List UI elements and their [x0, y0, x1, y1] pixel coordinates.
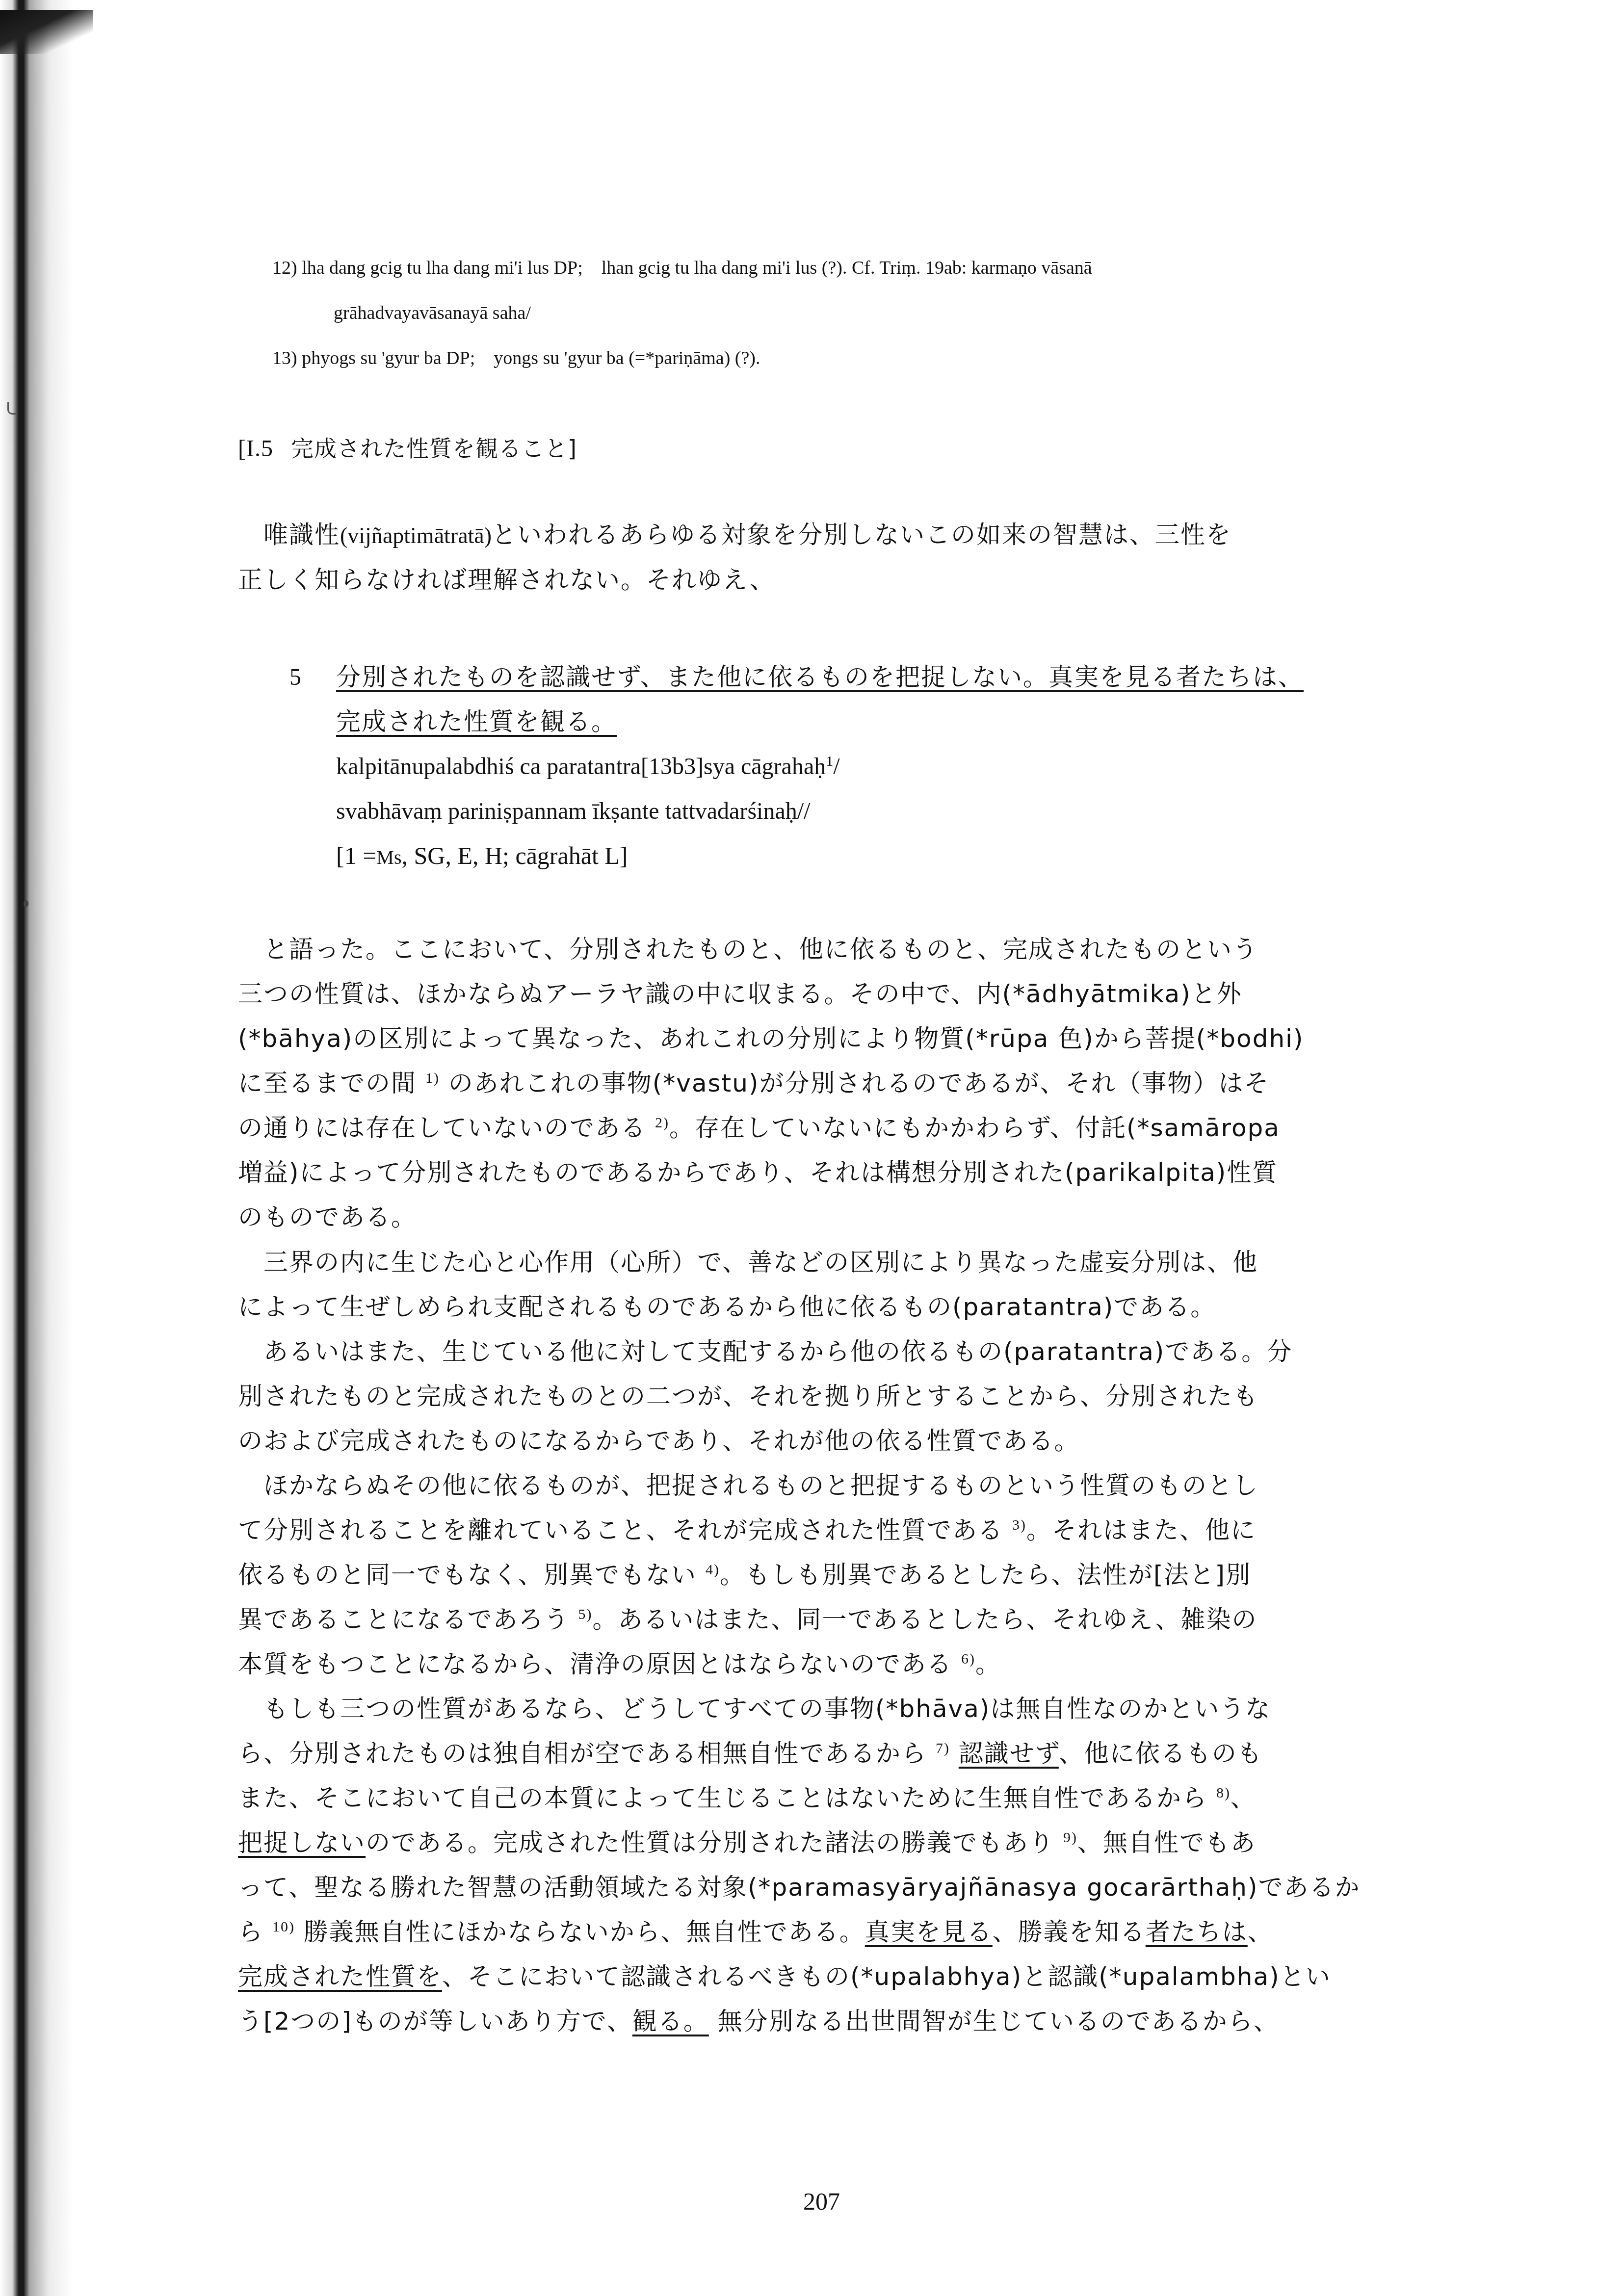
footnote-12: 12) lha dang gcig tu lha dang mi'i lus D… — [272, 245, 1450, 290]
section-title: 完成された性質を観ること] — [291, 435, 577, 462]
section-number: [I.5 — [238, 436, 273, 462]
body-paragraph-4: ほかならぬその他に依るものが、把捉されるものと把捉するものという性質のものとし … — [238, 1463, 1450, 1687]
section-heading: [I.5完成された性質を観ること] — [238, 431, 577, 463]
verse-5: 5 分別されたものを認識せず、また他に依るものを把捉しない。真実を見る者たちは、… — [289, 655, 1457, 880]
body-paragraph-5: もしも三つの性質があるなら、どうしてすべての事物(*bhāva)は無自性なのかと… — [238, 1687, 1450, 2044]
scan-mark — [7, 402, 16, 415]
scan-edge-shadow — [0, 0, 74, 2296]
page-number: 207 — [803, 2187, 840, 2216]
body-paragraph-3: あるいはまた、生じている他に対して支配するから他の依るもの(paratantra… — [238, 1330, 1450, 1463]
footnote-13: 13) phyogs su 'gyur ba DP; yongs su 'gyu… — [272, 336, 1450, 381]
verse-translation: 分別されたものを認識せず、また他に依るものを把捉しない。真実を見る者たちは、 完… — [336, 655, 1457, 744]
footnote-ref: 3) — [1012, 1517, 1026, 1533]
intro-paragraph: 唯識性(vijñaptimātratā)といわれるあらゆる対象を分別しないこの如… — [238, 513, 1450, 602]
footnote-12-continuation: grāhadvayavāsanayā saha/ — [272, 290, 1450, 336]
body-paragraph-2: 三界の内に生じた心と心作用（心所）で、善などの区別により異なった虚妄分別は、他 … — [238, 1240, 1450, 1330]
footnote-ref: 10) — [272, 1919, 295, 1935]
footnote-ref: 9) — [1063, 1829, 1077, 1846]
footnote-ref: 2) — [655, 1115, 669, 1131]
scan-corner-shadow — [0, 10, 93, 54]
footnote-ref: 5) — [578, 1606, 592, 1622]
critical-apparatus: [1 =Ms, SG, E, H; cāgrahāt L] — [336, 834, 1457, 880]
body-paragraph-1: と語った。ここにおいて、分別されたものと、他に依るものと、完成されたものという … — [238, 927, 1450, 1240]
footnote-ref: 6) — [961, 1651, 975, 1667]
footnote-ref: 7) — [936, 1740, 950, 1756]
scan-mark — [24, 900, 28, 907]
verse-number: 5 — [289, 655, 301, 700]
footnote-ref: 1) — [425, 1070, 440, 1086]
footnote-ref: 8) — [1216, 1785, 1231, 1801]
verse-sanskrit: kalpitānupalabdhiś ca paratantra[13b3]sy… — [336, 744, 1457, 880]
footnote-ref: 4) — [706, 1562, 720, 1578]
footnotes: 12) lha dang gcig tu lha dang mi'i lus D… — [272, 245, 1450, 381]
